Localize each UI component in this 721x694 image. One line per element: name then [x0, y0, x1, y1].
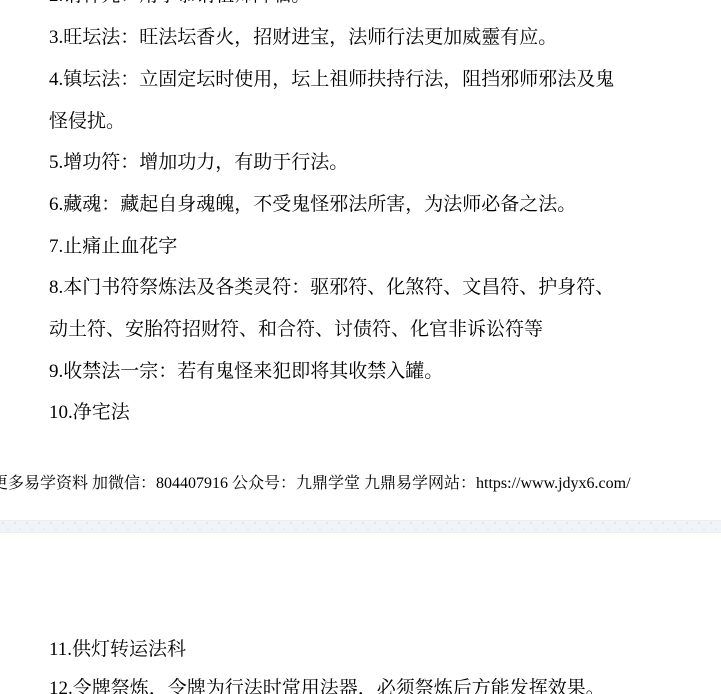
- document-viewport: { "document": { "colors": { "page_backgr…: [0, 0, 721, 694]
- paragraph-line-item-7: 7.止痛止血花字: [49, 237, 177, 256]
- paragraph-line-item-11: 11.供灯转运法科: [49, 640, 186, 659]
- promo-footer-text: 更多易学资料 加微信：804407916 公众号：九鼎学堂 九鼎易学网站：htt…: [0, 475, 631, 493]
- paragraph-line-item-9: 9.收禁法一宗：若有鬼怪来犯即将其收禁入罐。: [49, 362, 443, 381]
- paragraph-line-item-4-wrap: 怪侵扰。: [49, 112, 125, 131]
- document-page-1: 2.请神咒：用于恭请祖师降临。 3.旺坛法：旺法坛香火，招财进宝，法师行法更加威…: [0, 0, 721, 520]
- paragraph-line-clipped-top: 2.请神咒：用于恭请祖师降临。: [49, 0, 310, 5]
- paragraph-line-item-4: 4.镇坛法：立固定坛时使用，坛上祖师扶持行法，阻挡邪师邪法及鬼: [49, 70, 614, 89]
- paragraph-line-item-6: 6.藏魂：藏起自身魂魄，不受鬼怪邪法所害，为法师必备之法。: [49, 195, 576, 214]
- paragraph-line-item-3: 3.旺坛法：旺法坛香火，招财进宝，法师行法更加威靈有应。: [49, 28, 557, 47]
- paragraph-line-item-8: 8.本门书符祭炼法及各类灵符：驱邪符、化煞符、文昌符、护身符、: [49, 278, 614, 297]
- page-break-separator: [0, 520, 721, 533]
- paragraph-line-item-5: 5.增功符：增加功力，有助于行法。: [49, 153, 348, 172]
- paragraph-line-item-8-wrap: 动土符、安胎符招财符、和合符、讨债符、化官非诉讼符等: [49, 320, 543, 339]
- paragraph-line-item-12: 12.令牌祭炼，令牌为行法时常用法器，必须祭炼后方能发挥效果。: [49, 679, 605, 694]
- document-page-2: 11.供灯转运法科 12.令牌祭炼，令牌为行法时常用法器，必须祭炼后方能发挥效果…: [0, 533, 721, 694]
- paragraph-line-item-10: 10.净宅法: [49, 403, 130, 422]
